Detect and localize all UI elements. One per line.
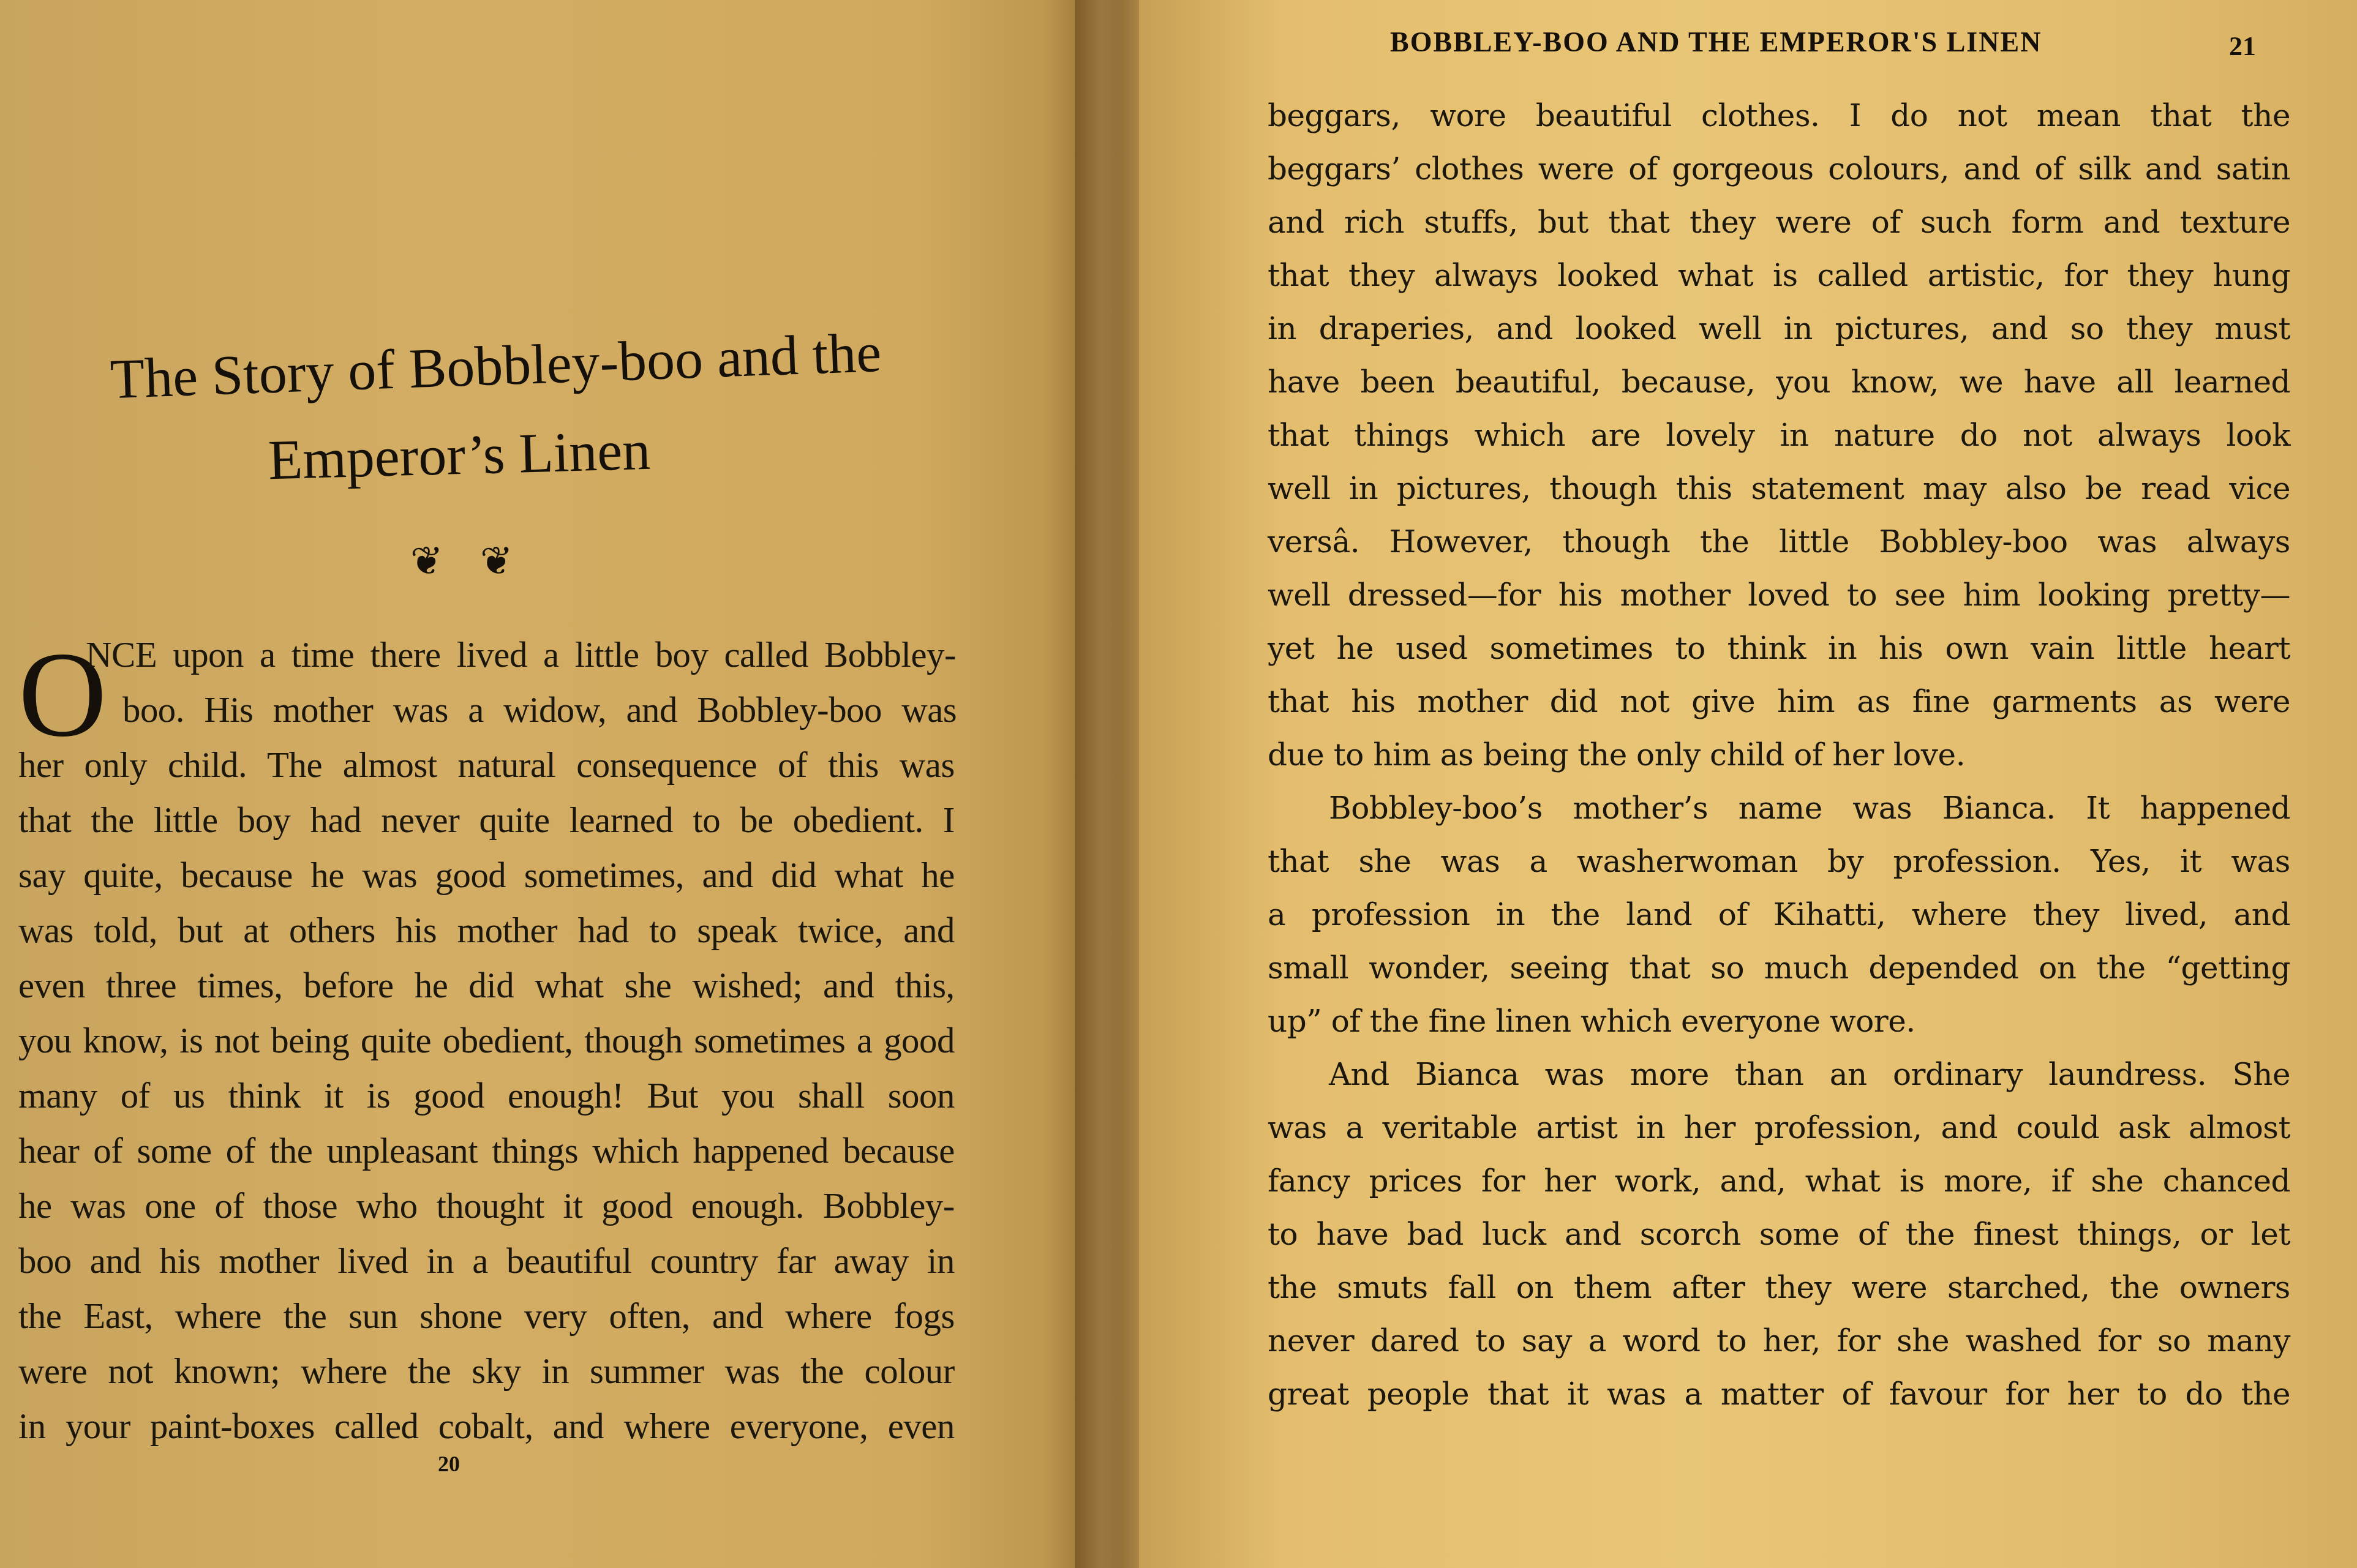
right-line: have been beautiful, because, you know, … — [1268, 364, 2290, 400]
right-line: never dared to say a word to her, for sh… — [1268, 1323, 2290, 1359]
right-line: in draperies, and looked well in picture… — [1268, 311, 2290, 347]
right-line: fancy prices for her work, and, what is … — [1268, 1163, 2290, 1199]
right-line: well dressed—for his mother loved to see… — [1268, 577, 2290, 613]
right-line: yet he used sometimes to think in his ow… — [1268, 631, 2290, 666]
right-line: versâ. However, though the little Bobble… — [1268, 524, 2290, 560]
left-line: in your paint-boxes called cobalt, and w… — [18, 1405, 955, 1447]
fleuron-ornament-icon: ❦ ❦ — [410, 539, 525, 584]
left-line: hear of some of the unpleasant things wh… — [18, 1130, 955, 1172]
right-line: beggars’ clothes were of gorgeous colour… — [1268, 151, 2290, 187]
left-line: boo. His mother was a widow, and Bobbley… — [122, 689, 957, 731]
page-number-left: 20 — [438, 1451, 460, 1477]
left-line: he was one of those who thought it good … — [18, 1185, 955, 1227]
left-line: boo and his mother lived in a beautiful … — [18, 1240, 955, 1282]
left-line: was told, but at others his mother had t… — [18, 909, 955, 951]
right-line: small wonder, seeing that so much depend… — [1268, 950, 2290, 986]
right-line: and rich stuffs, but that they were of s… — [1268, 204, 2290, 240]
right-line: beggars, wore beautiful clothes. I do no… — [1268, 98, 2290, 133]
left-line: were not known; where the sky in summer … — [18, 1350, 955, 1392]
left-line: that the little boy had never quite lear… — [18, 799, 955, 841]
right-line: great people that it was a matter of fav… — [1268, 1376, 2290, 1412]
right-line: the smuts fall on them after they were s… — [1268, 1270, 2290, 1305]
right-line: that they always looked what is called a… — [1268, 258, 2290, 293]
right-line: well in pictures, though this statement … — [1268, 471, 2290, 506]
right-line: was a veritable artist in her profession… — [1268, 1110, 2290, 1146]
right-line: Bobbley-boo’s mother’s name was Bianca. … — [1268, 790, 2290, 826]
left-line: you know, is not being quite obedient, t… — [18, 1019, 955, 1062]
right-line: a profession in the land of Kihatti, whe… — [1268, 897, 2290, 932]
right-line: that his mother did not give him as fine… — [1268, 684, 2290, 719]
right-line: And Bianca was more than an ordinary lau… — [1268, 1057, 2290, 1092]
right-line: that she was a washerwoman by profession… — [1268, 844, 2290, 879]
right-line: to have bad luck and scorch some of the … — [1268, 1217, 2290, 1252]
left-line: NCE upon a time there lived a little boy… — [86, 634, 956, 676]
right-line: due to him as being the only child of he… — [1268, 737, 2290, 773]
running-head: BOBBLEY-BOO AND THE EMPEROR'S LINEN — [1390, 26, 2042, 58]
page-number-right: 21 — [2229, 31, 2256, 62]
left-line: say quite, because he was good sometimes… — [18, 854, 955, 896]
right-line: that things which are lovely in nature d… — [1268, 418, 2290, 453]
right-line: up” of the fine linen which everyone wor… — [1268, 1003, 2290, 1039]
left-line: her only child. The almost natural conse… — [18, 744, 955, 786]
book-gutter — [1075, 0, 1139, 1568]
left-line: many of us think it is good enough! But … — [18, 1075, 955, 1117]
left-line: the East, where the sun shone very often… — [18, 1295, 955, 1337]
left-line: even three times, before he did what she… — [18, 964, 955, 1007]
